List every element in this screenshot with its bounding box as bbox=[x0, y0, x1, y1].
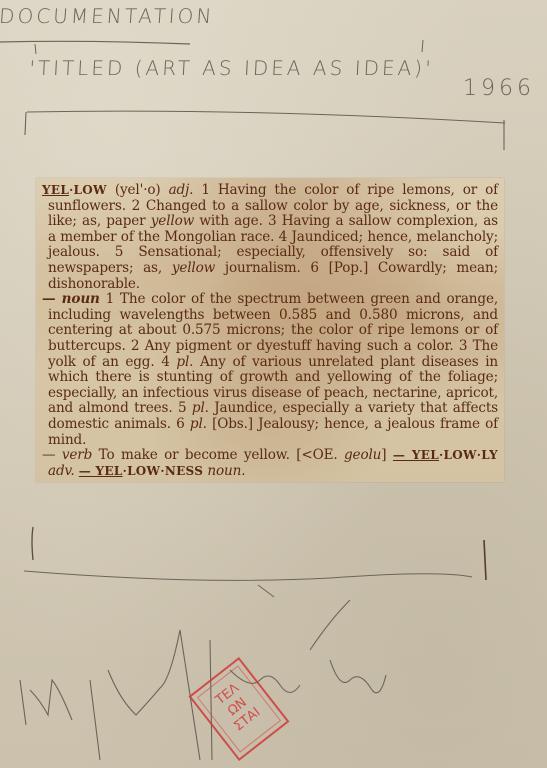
handwritten-subtitle: 'TITLED (ART AS IDEA AS IDEA)' bbox=[29, 56, 434, 80]
dictionary-definition: YEL·LOW (yel'·o) adj. 1 Having the color… bbox=[36, 178, 504, 479]
noun-senses: — noun 1 The color of the spectrum betwe… bbox=[42, 292, 498, 448]
handwritten-title: DOCUMENTATION bbox=[0, 4, 215, 28]
verb-senses: — verb To make or become yellow. [<OE. g… bbox=[42, 448, 498, 479]
dictionary-clipping: YEL·LOW (yel'·o) adj. 1 Having the color… bbox=[36, 178, 504, 482]
signature bbox=[20, 600, 386, 760]
handwritten-year: 1966 bbox=[463, 76, 535, 101]
adjective-senses: YEL·LOW (yel'·o) adj. 1 Having the color… bbox=[42, 183, 498, 292]
